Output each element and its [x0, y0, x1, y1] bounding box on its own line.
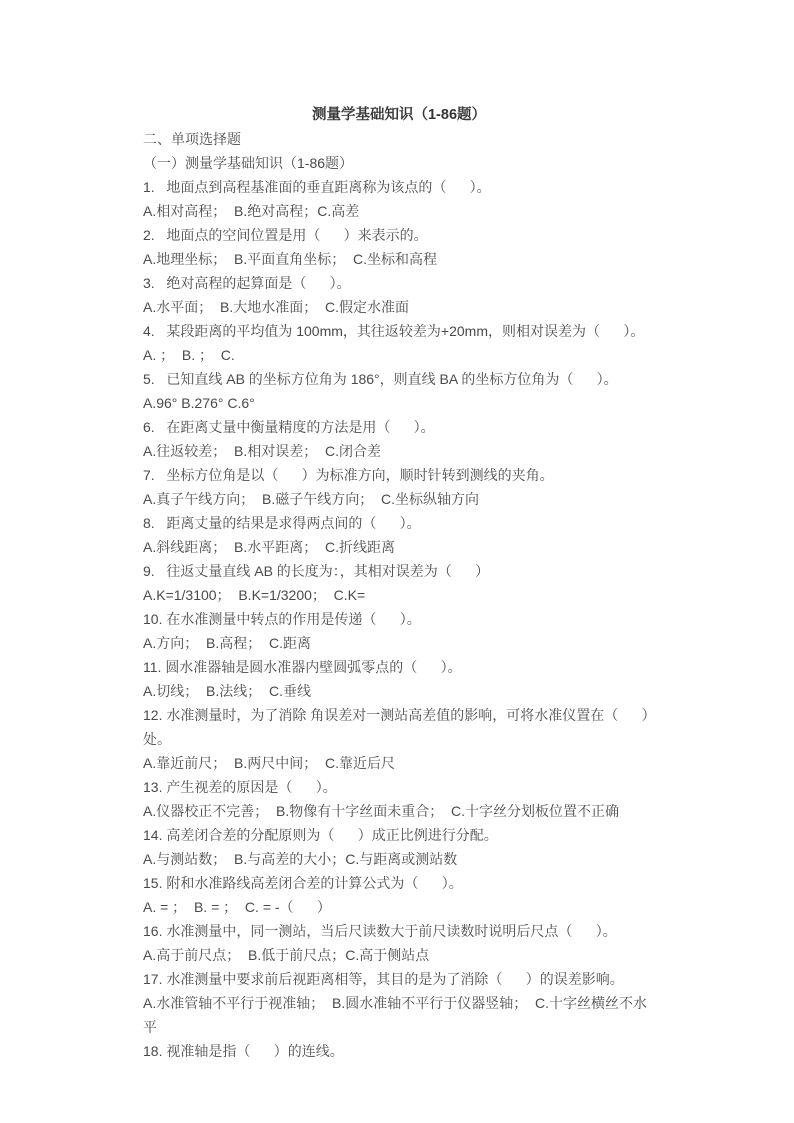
question-14: 14. 高差闭合差的分配原则为（ ）成正比例进行分配。 [143, 823, 655, 847]
question-16-options: A.高于前尺点； B.低于前尺点；C.高于侧站点 [143, 943, 655, 967]
question-9-options: A.K=1/3100； B.K=1/3200； C.K= [143, 583, 655, 607]
question-18: 18. 视准轴是指（ ）的连线。 [143, 1039, 655, 1063]
doc-title: 测量学基础知识（1-86题） [143, 103, 655, 127]
question-11: 11. 圆水准器轴是圆水准器内壁圆弧零点的（ ）。 [143, 655, 655, 679]
question-7-options: A.真子午线方向； B.磁子午线方向； C.坐标纵轴方向 [143, 487, 655, 511]
question-17-options: A.水准管轴不平行于视准轴； B.圆水准轴不平行于仪器竖轴； C.十字丝横丝不水… [143, 991, 655, 1039]
question-17: 17. 水准测量中要求前后视距离相等，其目的是为了消除（ ）的误差影响。 [143, 967, 655, 991]
question-12-options: A.靠近前尺； B.两尺中间； C.靠近后尺 [143, 751, 655, 775]
question-4-options: A. ； B. ； C. [143, 343, 655, 367]
question-4: 4. 某段距离的平均值为 100mm，其往返较差为+20mm，则相对误差为（ ）… [143, 319, 655, 343]
question-10-options: A.方向； B.高程； C.距离 [143, 631, 655, 655]
question-13: 13. 产生视差的原因是（ ）。 [143, 775, 655, 799]
question-15: 15. 附和水准路线高差闭合差的计算公式为（ ）。 [143, 871, 655, 895]
question-11-options: A.切线； B.法线； C.垂线 [143, 679, 655, 703]
question-15-options: A. = ； B. = ； C. = -（ ） [143, 895, 655, 919]
question-3: 3. 绝对高程的起算面是（ ）。 [143, 271, 655, 295]
question-13-options: A.仪器校正不完善； B.物像有十字丝面未重合； C.十字丝分划板位置不正确 [143, 799, 655, 823]
section-heading: 二、单项选择题 [143, 127, 655, 151]
question-5: 5. 已知直线 AB 的坐标方位角为 186°，则直线 BA 的坐标方位角为（ … [143, 367, 655, 391]
question-7: 7. 坐标方位角是以（ ）为标准方向，顺时针转到测线的夹角。 [143, 463, 655, 487]
document-page: 测量学基础知识（1-86题） 二、单项选择题 （一）测量学基础知识（1-86题）… [143, 103, 655, 1063]
question-8-options: A.斜线距离； B.水平距离； C.折线距离 [143, 535, 655, 559]
question-10: 10. 在水准测量中转点的作用是传递（ ）。 [143, 607, 655, 631]
question-12: 12. 水准测量时，为了消除 角误差对一测站高差值的影响，可将水准仪置在（ ）处… [143, 703, 655, 751]
question-1: 1. 地面点到高程基准面的垂直距离称为该点的（ ）。 [143, 175, 655, 199]
question-8: 8. 距离丈量的结果是求得两点间的（ ）。 [143, 511, 655, 535]
question-14-options: A.与测站数； B.与高差的大小；C.与距离或测站数 [143, 847, 655, 871]
question-3-options: A.水平面； B.大地水准面； C.假定水准面 [143, 295, 655, 319]
question-2-options: A.地理坐标； B.平面直角坐标； C.坐标和高程 [143, 247, 655, 271]
question-2: 2. 地面点的空间位置是用（ ）来表示的。 [143, 223, 655, 247]
question-1-options: A.相对高程； B.绝对高程；C.高差 [143, 199, 655, 223]
question-16: 16. 水准测量中，同一测站，当后尺读数大于前尺读数时说明后尺点（ ）。 [143, 919, 655, 943]
question-5-options: A.96° B.276° C.6° [143, 391, 655, 415]
question-6-options: A.往返较差； B.相对误差； C.闭合差 [143, 439, 655, 463]
subsection-heading: （一）测量学基础知识（1-86题） [143, 151, 655, 175]
question-6: 6. 在距离丈量中衡量精度的方法是用（ ）。 [143, 415, 655, 439]
question-9: 9. 往返丈量直线 AB 的长度为：，其相对误差为（ ） [143, 559, 655, 583]
